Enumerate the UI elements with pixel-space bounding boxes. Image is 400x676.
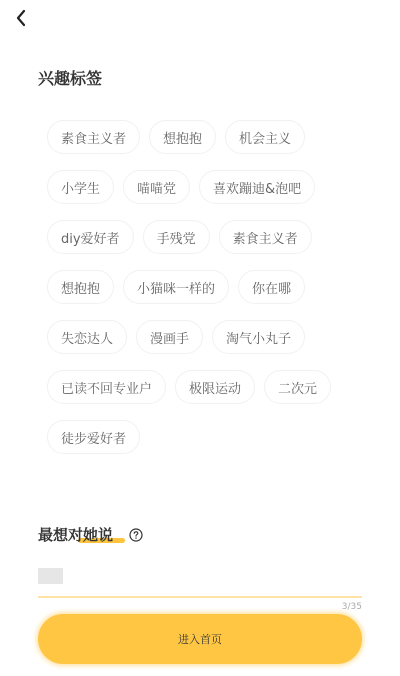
interests-title: 兴趣标签 [38, 66, 102, 89]
interest-tag[interactable]: 小猫咪一样的 [123, 270, 229, 304]
interest-tag[interactable]: 失恋达人 [47, 320, 127, 354]
interest-tag[interactable]: 素食主义者 [47, 120, 140, 154]
interest-tag[interactable]: 手残党 [143, 220, 210, 254]
interest-tag[interactable]: 二次元 [264, 370, 331, 404]
interest-tag[interactable]: 已读不回专业户 [47, 370, 166, 404]
interest-tag[interactable]: 机会主义 [225, 120, 305, 154]
interest-tag[interactable]: 喵喵党 [123, 170, 190, 204]
interest-tag[interactable]: 你在哪 [238, 270, 305, 304]
message-title: 最想对她说 [38, 524, 113, 545]
message-header: 最想对她说 [38, 524, 143, 545]
interest-tags: 素食主义者 想抱抱 机会主义 小学生 喵喵党 喜欢蹦迪&泡吧 diy爱好者 手残… [47, 120, 347, 454]
back-button[interactable] [10, 6, 34, 30]
interest-tag[interactable]: 漫画手 [136, 320, 203, 354]
message-input-placeholder[interactable] [38, 568, 63, 584]
interest-tag[interactable]: diy爱好者 [47, 220, 134, 254]
interest-tag[interactable]: 淘气小丸子 [212, 320, 305, 354]
interest-tag[interactable]: 小学生 [47, 170, 114, 204]
interest-tag[interactable]: 想抱抱 [149, 120, 216, 154]
interest-tag[interactable]: 素食主义者 [219, 220, 312, 254]
question-circle-icon[interactable] [129, 528, 143, 542]
chevron-left-icon [10, 6, 34, 30]
enter-home-button[interactable]: 进入首页 [38, 614, 362, 664]
char-counter: 3/35 [342, 602, 362, 612]
interest-tag[interactable]: 想抱抱 [47, 270, 114, 304]
interest-tag[interactable]: 徒步爱好者 [47, 420, 140, 454]
interest-tag[interactable]: 喜欢蹦迪&泡吧 [199, 170, 315, 204]
interest-tag[interactable]: 极限运动 [175, 370, 255, 404]
message-input-area[interactable] [38, 566, 362, 598]
